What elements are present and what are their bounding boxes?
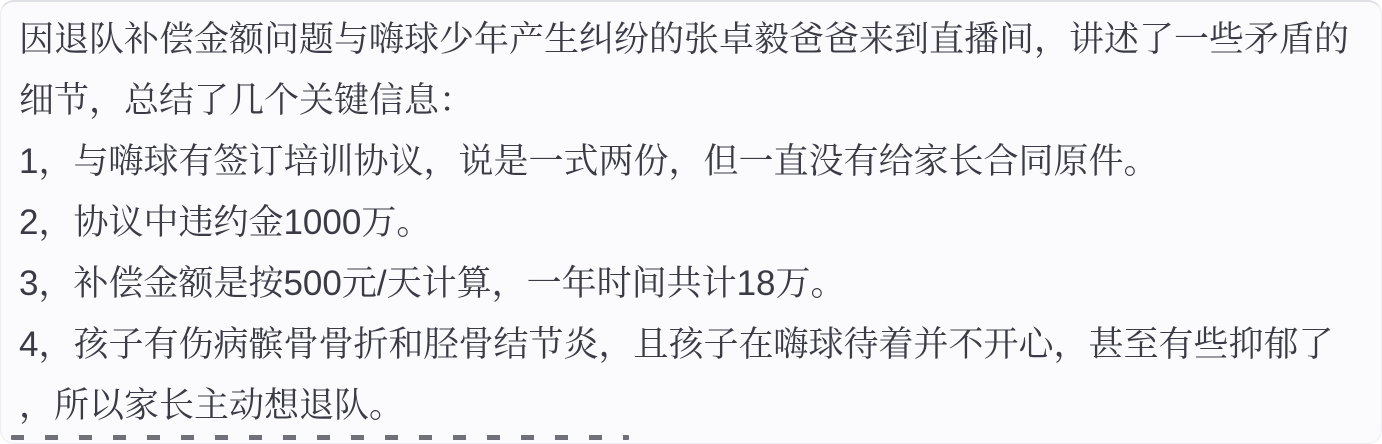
key-point-3: 3，补偿金额是按500元/天计算，一年时间共计18万。 bbox=[19, 253, 1367, 314]
key-point-2: 2，协议中违约金1000万。 bbox=[19, 192, 1367, 253]
article-text-block: 因退队补偿金额问题与嗨球少年产生纠纷的张卓毅爸爸来到直播间，讲述了一些矛盾的细节… bbox=[19, 9, 1367, 436]
intro-paragraph: 因退队补偿金额问题与嗨球少年产生纠纷的张卓毅爸爸来到直播间，讲述了一些矛盾的细节… bbox=[19, 9, 1367, 131]
key-point-4: 4，孩子有伤病髌骨骨折和胫骨结节炎，且孩子在嗨球待着并不开心，甚至有些抑郁了，所… bbox=[19, 314, 1367, 436]
cropped-next-line-fragments bbox=[11, 435, 629, 440]
key-point-1: 1，与嗨球有签订培训协议，说是一式两份，但一直没有给家长合同原件。 bbox=[19, 131, 1367, 192]
text-screenshot-card: 因退队补偿金额问题与嗨球少年产生纠纷的张卓毅爸爸来到直播间，讲述了一些矛盾的细节… bbox=[0, 0, 1382, 444]
